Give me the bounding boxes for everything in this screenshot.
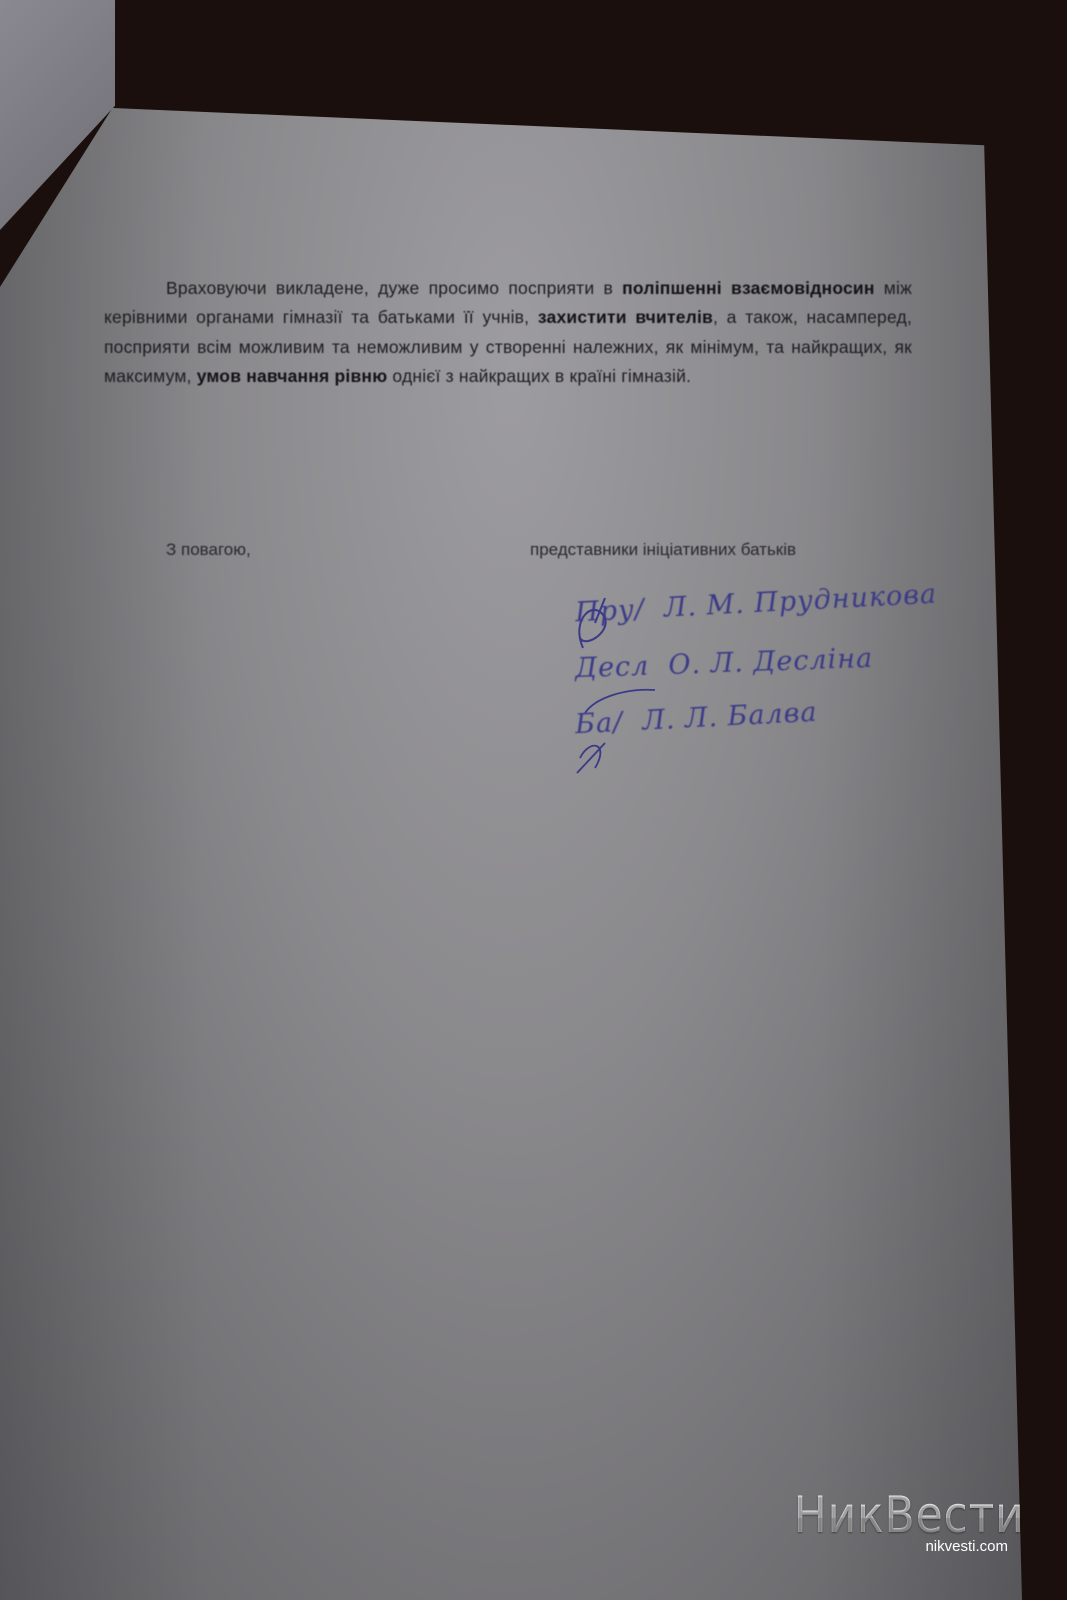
paragraph-segment-bold: умов навчання рівню	[197, 366, 388, 386]
nikvesti-watermark: НикВести nikvesti.com	[778, 1488, 1038, 1555]
paragraph-segment-bold: поліпшенні взаємовідносин	[622, 278, 874, 298]
paragraph-segment: однієї з найкращих в країні гімназій.	[387, 366, 691, 386]
signature-block: Пру/ Л. М. Прудникова Десл О. Л. Десліна…	[565, 578, 955, 778]
document-page: Враховуючи викладене, дуже просимо поспр…	[0, 108, 1022, 1600]
signature-name: О. Л. Десліна	[668, 643, 874, 681]
signature-mark: Десл	[575, 651, 650, 685]
watermark-brand: НикВести	[794, 1488, 1023, 1542]
signature-mark: Ба/	[574, 707, 624, 740]
signature-name: Л. М. Прудникова	[663, 579, 938, 624]
signatory-title: представники ініціативних батьків	[530, 540, 796, 560]
signature-mark: Пру/	[574, 594, 645, 629]
closing-salutation: З повагою,	[166, 540, 251, 560]
paragraph-segment-bold: захистити вчителів	[538, 307, 713, 327]
request-paragraph: Враховуючи викладене, дуже просимо поспр…	[104, 274, 912, 392]
paragraph-segment: Враховуючи викладене, дуже просимо поспр…	[166, 278, 622, 298]
